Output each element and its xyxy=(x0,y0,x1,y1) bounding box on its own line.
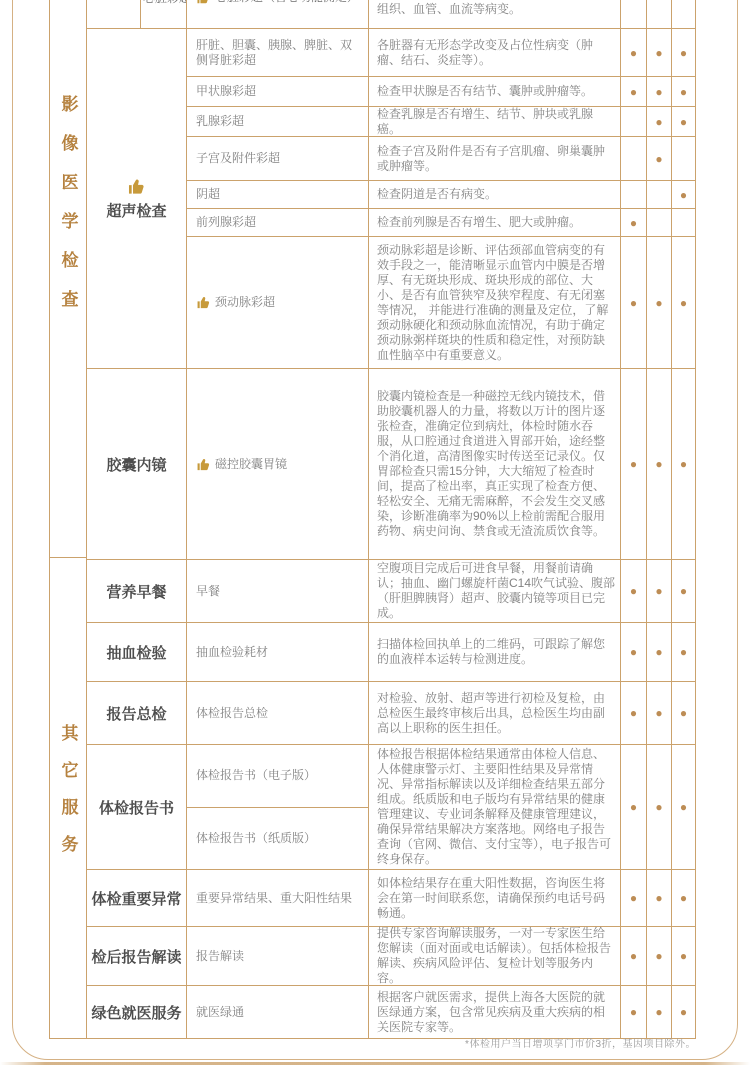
bottom-divider-line xyxy=(0,1062,750,1065)
section-capsule-endoscopy: 胶囊内镜 磁控胶囊胃镜 胶囊内镜检查是一种磁控无线内镜技术，借助胶囊机器人的力量… xyxy=(86,369,696,560)
section-report-interpretation: 检后报告解读 报告解读 提供专家咨询解读服务，一对一专家医生给您解读（面对面或电… xyxy=(86,927,696,986)
thumbs-up-icon xyxy=(127,177,146,196)
package-dot-cell: ● xyxy=(646,870,671,926)
category-cell-important-abnormal: 体检重要异常 xyxy=(86,870,186,926)
table-row: 子宫及附件彩超 检查子宫及附件是否有子宫肌瘤、卵巢囊肿或肿瘤等。 ● xyxy=(186,137,696,181)
cropped-category-cell xyxy=(86,0,140,28)
description-cell: 检查前列腺是否有增生、肥大或肿瘤。 xyxy=(368,209,620,236)
thumbs-up-icon xyxy=(196,295,211,310)
table-row: 重要异常结果、重大阳性结果 如体检结果存在重大阳性数据，咨询医生将会在第一时间联… xyxy=(186,870,696,926)
package-dot-cell: ● xyxy=(620,77,646,106)
section-blood-test: 抽血检验 抽血检验耗材 扫描体检回执单上的二维码，可跟踪了解您的血液样本运转与检… xyxy=(86,623,696,682)
footnote: *体检用户当日增项享门市价3折，基因项目除外。 xyxy=(49,1035,696,1050)
spine-section-other-services: 其它服务 xyxy=(50,558,86,1038)
thumbs-up-icon xyxy=(196,457,211,472)
table-body: 心脏彩超 心脏彩超（含心功能测定） 组织、血管、血流等病变。 xyxy=(86,0,696,1038)
table-row: 报告解读 提供专家咨询解读服务，一对一专家医生给您解读（面对面或电话解读）。包括… xyxy=(186,927,696,985)
thumbs-up-icon xyxy=(196,0,210,5)
item-cell: 阴超 xyxy=(186,181,368,208)
package-dot-cell: ● xyxy=(671,623,696,681)
report-book-subcolumn: 体检报告书（电子版） 体检报告书（纸质版） xyxy=(186,745,368,869)
description-cell: 对检验、放射、超声等进行初检及复检，由总检医生最终审核后出具，总检医生均由副高以… xyxy=(368,682,620,744)
package-dot-cell: ● xyxy=(671,745,696,869)
package-dot-cell: ● xyxy=(646,560,671,622)
item-cell-report-paper: 体检报告书（纸质版） xyxy=(186,808,368,870)
item-cell: 抽血检验耗材 xyxy=(186,623,368,681)
package-dot-cell: ● xyxy=(646,77,671,106)
item-cell: 颈动脉彩超 xyxy=(186,237,368,368)
item-cell: 就医绿通 xyxy=(186,986,368,1038)
package-dot-cell: ● xyxy=(646,137,671,180)
package-dot-cell: ● xyxy=(620,560,646,622)
section-green-channel: 绿色就医服务 就医绿通 根据客户就医需求，提供上海各大医院的就医绿通方案，包含常… xyxy=(86,986,696,1038)
spine-section-imaging: 影像医学检查 xyxy=(50,0,86,558)
table-row: 甲状腺彩超 检查甲状腺是否有结节、囊肿或肿瘤等。 ● ● ● xyxy=(186,77,696,107)
item-cell: 子宫及附件彩超 xyxy=(186,137,368,180)
description-cell: 如体检结果存在重大阳性数据，咨询医生将会在第一时间联系您，请确保预约电话号码畅通… xyxy=(368,870,620,926)
description-cell: 检查子宫及附件是否有子宫肌瘤、卵巢囊肿或肿瘤等。 xyxy=(368,137,620,180)
category-cell-report-summary: 报告总检 xyxy=(86,682,186,744)
item-cell: 肝脏、胆囊、胰腺、脾脏、双侧肾脏彩超 xyxy=(186,29,368,76)
cropped-item-cell: 心脏彩超（含心功能测定） xyxy=(186,0,368,28)
item-cell: 前列腺彩超 xyxy=(186,209,368,236)
item-label: 磁控胶囊胃镜 xyxy=(215,457,287,472)
category-label: 超声检查 xyxy=(106,200,166,221)
package-dot-cell: ● xyxy=(620,870,646,926)
table-row: 颈动脉彩超 颈动脉彩超是诊断、评估颈部血管病变的有效手段之一，能清晰显示血管内中… xyxy=(186,237,696,368)
package-dot-cell xyxy=(620,0,646,28)
package-dot-cell: ● xyxy=(646,369,671,559)
package-dot-cell xyxy=(646,209,671,236)
package-dot-cell: ● xyxy=(671,986,696,1038)
description-cell: 颈动脉彩超是诊断、评估颈部血管病变的有效手段之一，能清晰显示血管内中膜是否增厚、… xyxy=(368,237,620,368)
package-dot-cell: ● xyxy=(671,682,696,744)
spine-label-imaging: 影像医学检查 xyxy=(56,95,81,329)
package-dot-cell: ● xyxy=(671,927,696,985)
table-row: 乳腺彩超 检查乳腺是否有增生、结节、肿块或乳腺癌。 ● ● xyxy=(186,107,696,137)
category-cell-ultrasound: 超声检查 xyxy=(86,29,186,368)
cropped-subcategory-text: 心脏彩超 xyxy=(143,0,186,6)
table-row: 前列腺彩超 检查前列腺是否有增生、肥大或肿瘤。 ● xyxy=(186,209,696,237)
description-cell: 检查乳腺是否有增生、结节、肿块或乳腺癌。 xyxy=(368,107,620,136)
category-cell-breakfast: 营养早餐 xyxy=(86,560,186,622)
table-row: 体检报告书（电子版） 体检报告书（纸质版） 体检报告根据体检结果通常由体检人信息… xyxy=(186,745,696,869)
package-dot-cell: ● xyxy=(620,682,646,744)
package-dot-cell xyxy=(646,181,671,208)
description-cell: 根据客户就医需求，提供上海各大医院的就医绿通方案，包含常见疾病及重大疾病的相关医… xyxy=(368,986,620,1038)
table-row: 磁控胶囊胃镜 胶囊内镜检查是一种磁控无线内镜技术，借助胶囊机器人的力量，将数以万… xyxy=(186,369,696,559)
package-dot-cell: ● xyxy=(620,745,646,869)
exam-services-table: 影像医学检查 其它服务 心脏彩超 心脏彩超（含心功能测定） 组织、血管、血流等病… xyxy=(49,0,696,1039)
table-row: 肝脏、胆囊、胰腺、脾脏、双侧肾脏彩超 各脏器有无形态学改变及占位性病变（肿瘤、结… xyxy=(186,29,696,77)
package-dot-cell: ● xyxy=(671,560,696,622)
table-row: 早餐 空腹项目完成后可进食早餐，用餐前请确认；抽血、幽门螺旋杆菌C14吹气试验、… xyxy=(186,560,696,622)
package-dot-cell: ● xyxy=(620,29,646,76)
description-cell: 各脏器有无形态学改变及占位性病变（肿瘤、结石、炎症等）。 xyxy=(368,29,620,76)
category-cell-green-channel: 绿色就医服务 xyxy=(86,986,186,1038)
package-dot-cell xyxy=(646,0,671,28)
package-dot-cell xyxy=(620,181,646,208)
section-cropped-top: 心脏彩超 心脏彩超（含心功能测定） 组织、血管、血流等病变。 xyxy=(86,0,696,29)
package-dot-cell: ● xyxy=(671,870,696,926)
package-dot-cell: ● xyxy=(620,623,646,681)
table-row: 体检报告总检 对检验、放射、超声等进行初检及复检，由总检医生最终审核后出具，总检… xyxy=(186,682,696,744)
cropped-item-text: 心脏彩超（含心功能测定） xyxy=(215,0,359,5)
table-row: 心脏彩超（含心功能测定） 组织、血管、血流等病变。 xyxy=(186,0,696,28)
package-dot-cell: ● xyxy=(646,682,671,744)
category-cell-capsule: 胶囊内镜 xyxy=(86,369,186,559)
description-cell: 胶囊内镜检查是一种磁控无线内镜技术，借助胶囊机器人的力量，将数以万计的图片逐张检… xyxy=(368,369,620,559)
package-dot-cell: ● xyxy=(646,237,671,368)
item-label: 颈动脉彩超 xyxy=(215,295,275,310)
package-dot-cell: ● xyxy=(671,107,696,136)
package-dot-cell: ● xyxy=(620,986,646,1038)
package-dot-cell xyxy=(620,107,646,136)
item-cell: 早餐 xyxy=(186,560,368,622)
item-cell: 磁控胶囊胃镜 xyxy=(186,369,368,559)
table-row: 就医绿通 根据客户就医需求，提供上海各大医院的就医绿通方案，包含常见疾病及重大疾… xyxy=(186,986,696,1038)
package-dot-cell: ● xyxy=(646,986,671,1038)
table-row: 抽血检验耗材 扫描体检回执单上的二维码，可跟踪了解您的血液样本运转与检测进度。 … xyxy=(186,623,696,681)
category-cell-report-interpretation: 检后报告解读 xyxy=(86,927,186,985)
section-report-summary: 报告总检 体检报告总检 对检验、放射、超声等进行初检及复检，由总检医生最终审核后… xyxy=(86,682,696,745)
category-label: 胶囊内镜 xyxy=(106,454,166,475)
package-dot-cell: ● xyxy=(646,745,671,869)
item-cell: 重要异常结果、重大阳性结果 xyxy=(186,870,368,926)
item-cell: 体检报告总检 xyxy=(186,682,368,744)
package-dot-cell: ● xyxy=(620,369,646,559)
package-dot-cell xyxy=(671,137,696,180)
description-cell: 提供专家咨询解读服务，一对一专家医生给您解读（面对面或电话解读）。包括体检报告解… xyxy=(368,927,620,985)
item-cell-report-digital: 体检报告书（电子版） xyxy=(186,745,368,808)
category-cell-report-book: 体检报告书 xyxy=(86,745,186,869)
package-dot-cell: ● xyxy=(671,29,696,76)
description-cell: 检查阴道是否有病变。 xyxy=(368,181,620,208)
package-dot-cell: ● xyxy=(671,181,696,208)
package-dot-cell xyxy=(671,209,696,236)
item-cell: 报告解读 xyxy=(186,927,368,985)
spine-column: 影像医学检查 其它服务 xyxy=(49,0,86,1038)
item-cell: 乳腺彩超 xyxy=(186,107,368,136)
description-cell: 体检报告根据体检结果通常由体检人信息、人体健康警示灯、主要阳性结果及异常情况、异… xyxy=(368,745,620,869)
description-cell: 检查甲状腺是否有结节、囊肿或肿瘤等。 xyxy=(368,77,620,106)
package-dot-cell: ● xyxy=(671,237,696,368)
package-dot-cell: ● xyxy=(620,927,646,985)
package-dot-cell xyxy=(671,0,696,28)
package-dot-cell: ● xyxy=(671,77,696,106)
section-ultrasound: 超声检查 肝脏、胆囊、胰腺、脾脏、双侧肾脏彩超 各脏器有无形态学改变及占位性病变… xyxy=(86,29,696,369)
spine-label-other-services: 其它服务 xyxy=(56,724,81,872)
category-cell-blood-test: 抽血检验 xyxy=(86,623,186,681)
description-cell: 扫描体检回执单上的二维码，可跟踪了解您的血液样本运转与检测进度。 xyxy=(368,623,620,681)
package-dot-cell: ● xyxy=(646,29,671,76)
section-breakfast: 营养早餐 早餐 空腹项目完成后可进食早餐，用餐前请确认；抽血、幽门螺旋杆菌C14… xyxy=(86,560,696,623)
package-dot-cell: ● xyxy=(620,209,646,236)
item-cell: 甲状腺彩超 xyxy=(186,77,368,106)
package-dot-cell: ● xyxy=(646,107,671,136)
description-cell: 空腹项目完成后可进食早餐，用餐前请确认；抽血、幽门螺旋杆菌C14吹气试验、腹部（… xyxy=(368,560,620,622)
package-dot-cell xyxy=(620,137,646,180)
section-important-abnormal: 体检重要异常 重要异常结果、重大阳性结果 如体检结果存在重大阳性数据，咨询医生将… xyxy=(86,870,696,927)
package-dot-cell: ● xyxy=(646,927,671,985)
package-dot-cell: ● xyxy=(646,623,671,681)
section-report-book: 体检报告书 体检报告书（电子版） 体检报告书（纸质版） 体检报告根据体检结果通常… xyxy=(86,745,696,870)
cropped-subcategory-cell: 心脏彩超 xyxy=(140,0,186,28)
description-cell: 组织、血管、血流等病变。 xyxy=(368,0,620,28)
table-row: 阴超 检查阴道是否有病变。 ● xyxy=(186,181,696,209)
package-dot-cell: ● xyxy=(671,369,696,559)
package-dot-cell: ● xyxy=(620,237,646,368)
